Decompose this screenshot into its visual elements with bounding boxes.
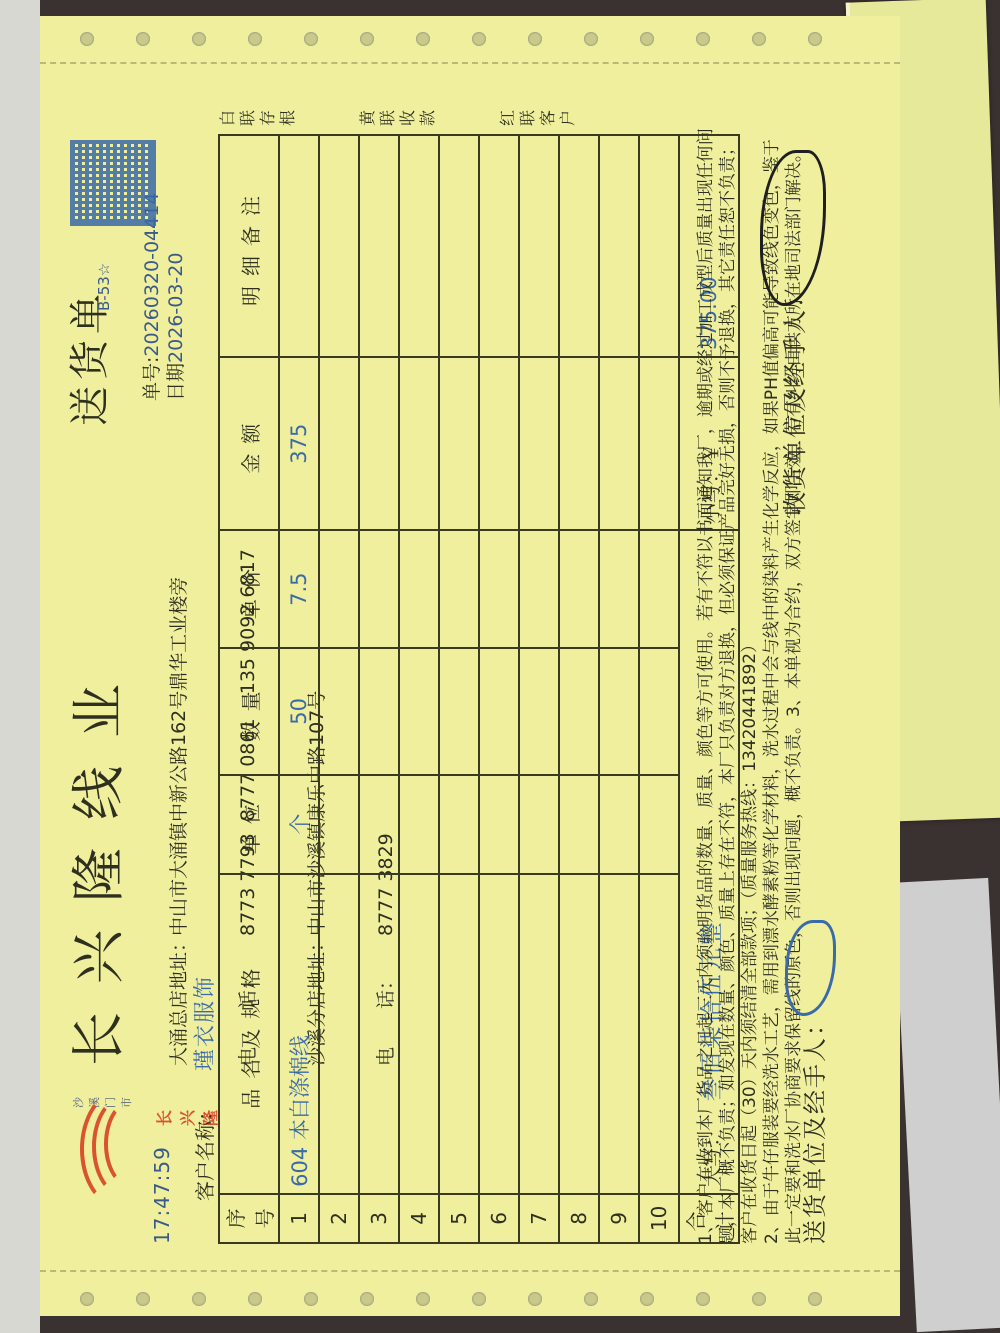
header-amount: 金额	[219, 357, 279, 530]
table-row: 3	[359, 135, 399, 1243]
items-table: 序号 品名及规格 单位 数量 单价 金额 明细备注 1 604 本白涤棉线 个 …	[218, 134, 740, 1244]
date-value: 2026-03-20	[165, 253, 187, 363]
row-no: 6	[479, 1194, 519, 1243]
row-no: 4	[399, 1194, 439, 1243]
term-payment: 客户在收货日起（30）天内须结清全部款项；（质量服务热线：13420441892…	[739, 124, 761, 1244]
table-row: 9	[599, 135, 639, 1243]
tractor-holes	[80, 26, 880, 46]
print-time: 17:47:59	[150, 1146, 174, 1244]
copy-labels: 白联存根 黄联收款 红联客户	[218, 86, 638, 126]
header-name: 品名及规格	[219, 874, 279, 1194]
row-note	[279, 135, 319, 357]
copy-white: 白联存根	[218, 108, 298, 126]
qr-code-icon	[70, 140, 156, 226]
row-no: 8	[559, 1194, 599, 1243]
receiver-signature-label: 收货单位及经手人：	[775, 282, 810, 516]
table-header-row: 序号 品名及规格 单位 数量 单价 金额 明细备注	[219, 135, 279, 1243]
delivery-note: 沙溪门市 长兴隆 17:47:59 长兴隆线业 送货单 大涌总店地址：中山市大涌…	[40, 16, 900, 1316]
sender-signature-label: 送货单位及经手人：	[795, 1010, 830, 1244]
header-unit: 单位	[219, 775, 279, 874]
date-label: 日期	[165, 363, 187, 401]
row-no: 9	[599, 1194, 639, 1243]
row-no: 3	[359, 1194, 399, 1243]
row-no: 10	[639, 1194, 679, 1243]
table-row: 5	[439, 135, 479, 1243]
customer-row: 客户名称：瑾衣服饰	[188, 975, 219, 1201]
order-number-label: 单号:	[141, 357, 163, 401]
row-no: 5	[439, 1194, 479, 1243]
sender-signature	[785, 920, 836, 1016]
header-no: 序号	[219, 1194, 279, 1243]
table-row: 4	[399, 135, 439, 1243]
copy-yellow: 黄联收款	[358, 108, 438, 126]
table-row: 1 604 本白涤棉线 个 50 7.5 375	[279, 135, 319, 1243]
header-note: 明细备注	[219, 135, 279, 357]
row-no: 1	[279, 1194, 319, 1243]
header-qty: 数量	[219, 648, 279, 775]
table-row: 2	[319, 135, 359, 1243]
perforation-line	[40, 1268, 900, 1272]
customer-name: 瑾衣服饰	[193, 975, 218, 1071]
table-row: 8	[559, 135, 599, 1243]
row-unit: 个	[279, 775, 319, 874]
form-code: B-53☆	[95, 263, 113, 311]
row-price: 7.5	[279, 530, 319, 648]
row-no: 2	[319, 1194, 359, 1243]
row-amount: 375	[279, 357, 319, 530]
row-name: 604 本白涤棉线	[279, 874, 319, 1194]
copy-red: 红联客户	[498, 108, 578, 126]
table-row: 7	[519, 135, 559, 1243]
tractor-holes	[80, 1286, 880, 1306]
header-price: 单价	[219, 530, 279, 648]
address-value: 中山市大涌镇中新公路162号鼎华工业楼旁	[168, 577, 190, 936]
table-row: 10	[639, 135, 679, 1243]
customer-label: 客户名称：	[193, 1101, 217, 1201]
term-1: 1、客户在收到本厂货品之日起三天内须验明货品的数量、质量、颜色等方可使用。若有不…	[695, 124, 739, 1244]
delivery-note-photo: 沙溪门市 长兴隆 17:47:59 长兴隆线业 送货单 大涌总店地址：中山市大涌…	[30, 0, 910, 1333]
receiver-signature	[760, 150, 826, 306]
perforation-line	[40, 60, 900, 64]
row-no: 7	[519, 1194, 559, 1243]
row-qty: 50	[279, 648, 319, 775]
table-row: 6	[479, 135, 519, 1243]
